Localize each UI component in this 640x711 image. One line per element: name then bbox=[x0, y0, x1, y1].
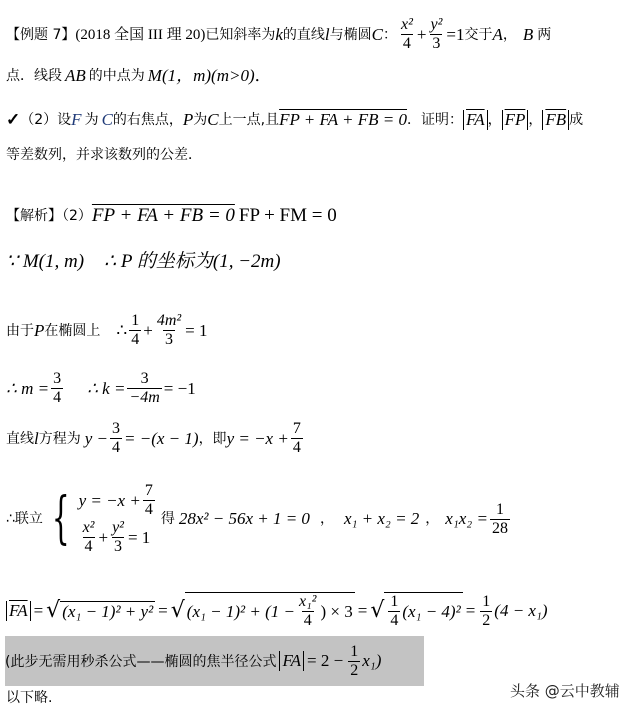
solution-line-6: ∴联立 { y = −x + 74 x²4 + y²3 = 1 得 28x² −… bbox=[6, 482, 512, 556]
math-expr: (x₁ − 1)² + y² bbox=[60, 601, 155, 622]
solution-line-1: 【解析】（2） FP + FA + FB = 0 FP + FM = 0 bbox=[6, 206, 341, 226]
text: 的直线 bbox=[283, 25, 325, 45]
fraction: 14 bbox=[388, 593, 400, 630]
part2-line-1: ✓ （2）设 F 为 C 的右焦点， P 为 C 上一点,且 FP + FA +… bbox=[6, 110, 583, 130]
text: = 1 bbox=[185, 321, 207, 341]
fraction: 128 bbox=[490, 501, 510, 538]
math-var: A bbox=[492, 25, 502, 45]
abs-vector: FB bbox=[542, 110, 569, 130]
sqrt-icon: √ bbox=[46, 601, 60, 621]
text: = bbox=[158, 601, 168, 621]
sqrt-icon: √ bbox=[370, 601, 384, 621]
fraction: 74 bbox=[291, 420, 303, 457]
text: 在椭圆上 bbox=[44, 321, 100, 341]
text: 为 bbox=[85, 110, 99, 130]
text: 由于 bbox=[6, 321, 34, 341]
text: 直线 bbox=[6, 429, 34, 449]
abs-expr: FA bbox=[279, 651, 304, 671]
solution-line-4: ∴ m = 34 ∴ k = 3−4m = −1 bbox=[6, 370, 196, 407]
text: + bbox=[98, 528, 108, 548]
vector-equation: FP + FA + FB = 0 bbox=[92, 206, 235, 226]
math-expr: ∴ m = bbox=[6, 379, 49, 399]
math-expr: ) × 3 bbox=[320, 602, 352, 622]
math-expr: y = −x + bbox=[79, 491, 141, 511]
fraction: 12 bbox=[348, 643, 360, 680]
text: = 1 bbox=[128, 528, 150, 548]
text: = bbox=[358, 601, 368, 621]
math-expr: M(1，m)(m>0) bbox=[148, 66, 255, 86]
solution-line-3: 由于 P 在椭圆上 ∴ 14 + 4m²3 = 1 bbox=[6, 312, 208, 349]
problem-source: (2018 全国 III 理 20) bbox=[75, 25, 205, 45]
vector-equation: FP + FM = 0 bbox=[239, 206, 337, 226]
sqrt-body: (x₁ − 1)² + (1 − x₁²4 ) × 3 bbox=[185, 592, 355, 630]
fraction: x²4 bbox=[81, 519, 97, 556]
fraction: y²3 bbox=[110, 519, 126, 556]
fraction: 3−4m bbox=[127, 370, 161, 407]
note-text: (此步无需用秒杀公式——椭圆的焦半径公式 bbox=[5, 651, 276, 671]
fraction: y²3 bbox=[428, 16, 444, 53]
math-expr: y = −x + bbox=[227, 429, 289, 449]
solution-line-2: ∵ M(1, m) ∴ P 的坐标为(1, −2m) bbox=[6, 252, 281, 272]
text: 等差数列，并求该数列的公差． bbox=[6, 145, 202, 165]
text: ，即 bbox=[199, 429, 227, 449]
text: ∴联立 bbox=[6, 509, 43, 529]
text: ． bbox=[255, 66, 272, 86]
problem-line-1: 【例题 7】 (2018 全国 III 理 20) 已知斜率为 k 的直线 l … bbox=[6, 16, 551, 53]
math-var: C bbox=[372, 25, 383, 45]
math-var: k bbox=[275, 25, 283, 45]
fraction: 34 bbox=[110, 420, 122, 457]
check-icon: ✓ bbox=[6, 110, 20, 130]
math-var: C bbox=[207, 110, 218, 130]
text: 两 bbox=[537, 25, 551, 45]
watermark: 头条 @云中教辅 bbox=[510, 680, 620, 701]
text: = bbox=[466, 601, 476, 621]
math-expr: (x₁ − 4)² bbox=[402, 602, 460, 622]
text: + bbox=[143, 321, 153, 341]
text: =1 bbox=[446, 25, 464, 45]
fraction: 12 bbox=[480, 593, 492, 630]
text: 已知斜率为 bbox=[205, 25, 275, 45]
text: ．证明： bbox=[407, 110, 463, 130]
math-expr: ∵ M(1, m) bbox=[6, 252, 84, 272]
math-expr: (x₁ − 1)² + (1 − bbox=[187, 602, 295, 622]
math-expr: = −(x − 1) bbox=[124, 429, 199, 449]
fraction: 4m²3 bbox=[155, 312, 183, 349]
text: ： bbox=[383, 25, 397, 45]
text: = −1 bbox=[164, 379, 196, 399]
text: 的中点为 bbox=[89, 66, 145, 86]
abs-vector: FA bbox=[463, 110, 488, 130]
highlighted-note: (此步无需用秒杀公式——椭圆的焦半径公式 FA = 2 − 12 x₁) bbox=[5, 636, 424, 686]
math-expr: x₁ + x₂ = 2 bbox=[344, 509, 419, 529]
sqrt-icon: √ bbox=[171, 601, 185, 621]
abs-vector: FP bbox=[502, 110, 529, 130]
math-expr: 28x² − 56x + 1 = 0 bbox=[179, 509, 310, 529]
text: 点．线段 bbox=[6, 66, 62, 86]
math-var: P bbox=[183, 110, 193, 130]
math-var: AB bbox=[65, 66, 86, 86]
text: ， bbox=[488, 110, 502, 130]
part2-line-2: 等差数列，并求该数列的公差． bbox=[6, 145, 202, 165]
fraction: x₁²4 bbox=[297, 593, 318, 630]
text: （2）设 bbox=[20, 110, 71, 130]
text: ， bbox=[503, 25, 517, 45]
text: = bbox=[34, 601, 44, 621]
text: 与椭圆 bbox=[330, 25, 372, 45]
math-var: F bbox=[71, 110, 81, 130]
text: 得 bbox=[161, 509, 175, 529]
math-expr: ∴ P 的坐标为(1, −2m) bbox=[104, 252, 281, 272]
text: ， bbox=[425, 509, 439, 529]
text: 交于 bbox=[464, 25, 492, 45]
vector-equation: FP + FA + FB = 0 bbox=[279, 110, 407, 130]
problem-label: 【例题 7】 bbox=[6, 25, 75, 45]
text: 为 bbox=[193, 110, 207, 130]
math-expr: x₁x₂ = bbox=[445, 509, 488, 529]
problem-line-2: 点．线段 AB 的中点为 M(1，m)(m>0) ． bbox=[6, 66, 272, 86]
math-expr: (4 − x₁) bbox=[494, 601, 547, 621]
tail-line: 以下略. bbox=[6, 688, 52, 708]
brace-icon: { bbox=[52, 491, 70, 547]
text: 成 bbox=[569, 110, 583, 130]
fraction: 34 bbox=[51, 370, 63, 407]
math-var: B bbox=[523, 25, 533, 45]
fraction: 14 bbox=[129, 312, 141, 349]
sqrt-body: 14 (x₁ − 4)² bbox=[384, 592, 462, 630]
math-expr: y − bbox=[85, 429, 108, 449]
tail-text: 以下略. bbox=[6, 688, 52, 708]
text: 的右焦点， bbox=[113, 110, 183, 130]
abs-vector: FA bbox=[6, 601, 31, 621]
math-var: P bbox=[34, 321, 44, 341]
text: ， bbox=[320, 509, 334, 529]
text: 方程为 bbox=[39, 429, 81, 449]
equation-system: y = −x + 74 x²4 + y²3 = 1 bbox=[79, 482, 157, 556]
math-var: C bbox=[102, 110, 113, 130]
solution-line-7: FA = √(x₁ − 1)² + y² = √ (x₁ − 1)² + (1 … bbox=[6, 592, 548, 630]
text: ， bbox=[528, 110, 542, 130]
text: + bbox=[417, 25, 427, 45]
math-expr: = 2 − bbox=[307, 651, 343, 671]
math-expr: x₁) bbox=[362, 651, 381, 671]
text: ∴ bbox=[116, 321, 127, 341]
solution-label: 【解析】（2） bbox=[6, 206, 92, 226]
math-expr: ∴ k = bbox=[87, 379, 125, 399]
text: 上一点,且 bbox=[219, 110, 279, 130]
fraction: x²4 bbox=[399, 16, 415, 53]
fraction: 74 bbox=[143, 482, 155, 519]
solution-line-5: 直线 l 方程为 y − 34 = −(x − 1) ，即 y = −x + 7… bbox=[6, 420, 305, 457]
